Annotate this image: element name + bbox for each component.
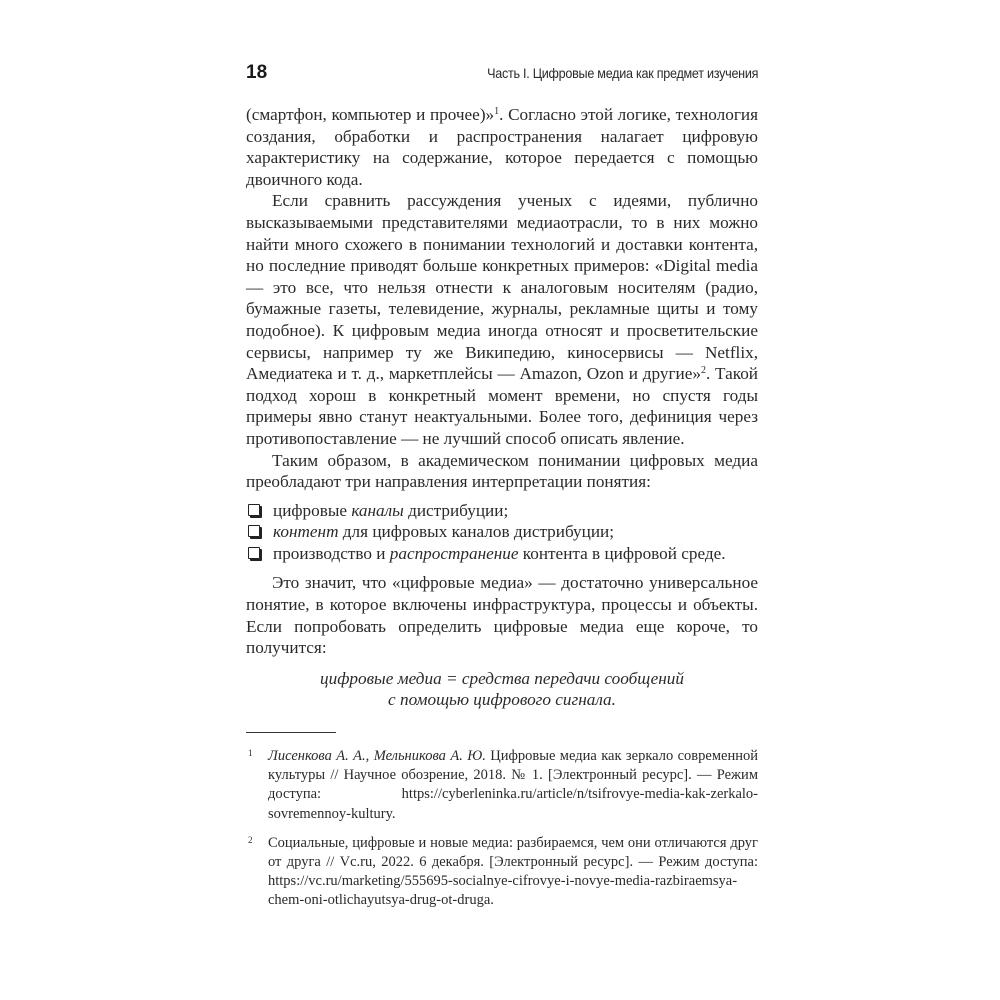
checkbox-bullet-icon xyxy=(248,504,260,516)
definition-formula: цифровые медиа = средства передачи сообщ… xyxy=(246,668,758,711)
paragraph-1: (смартфон, компьютер и прочее)»1. Соглас… xyxy=(246,104,758,190)
paragraph-4: Это значит, что «цифровые медиа» — доста… xyxy=(246,572,758,658)
checkbox-bullet-icon xyxy=(248,547,260,559)
footnote-divider xyxy=(246,732,336,733)
list-item: контент для цифровых каналов дистрибуции… xyxy=(246,521,758,543)
book-page: 18 Часть I. Цифровые медиа как предмет и… xyxy=(246,62,758,921)
checkbox-bullet-icon xyxy=(248,525,260,537)
footnotes: 1 Лисенкова А. А., Мельникова А. Ю. Цифр… xyxy=(246,747,758,911)
running-head: 18 Часть I. Цифровые медиа как предмет и… xyxy=(246,62,758,92)
paragraph-3: Таким образом, в академическом понимании… xyxy=(246,450,758,493)
list-item: цифровые каналы дистрибуции; xyxy=(246,500,758,522)
body-text: (смартфон, компьютер и прочее)»1. Соглас… xyxy=(246,104,758,711)
page-number: 18 xyxy=(246,62,267,84)
running-title: Часть I. Цифровые медиа как предмет изуч… xyxy=(487,65,758,81)
footnote-2: 2 Социальные, цифровые и новые медиа: ра… xyxy=(246,834,758,911)
bullet-list: цифровые каналы дистрибуции; контент для… xyxy=(246,500,758,565)
list-item: производство и распространение контента … xyxy=(246,543,758,565)
paragraph-2: Если сравнить рассуждения ученых с идеям… xyxy=(246,190,758,449)
footnote-1: 1 Лисенкова А. А., Мельникова А. Ю. Цифр… xyxy=(246,747,758,824)
